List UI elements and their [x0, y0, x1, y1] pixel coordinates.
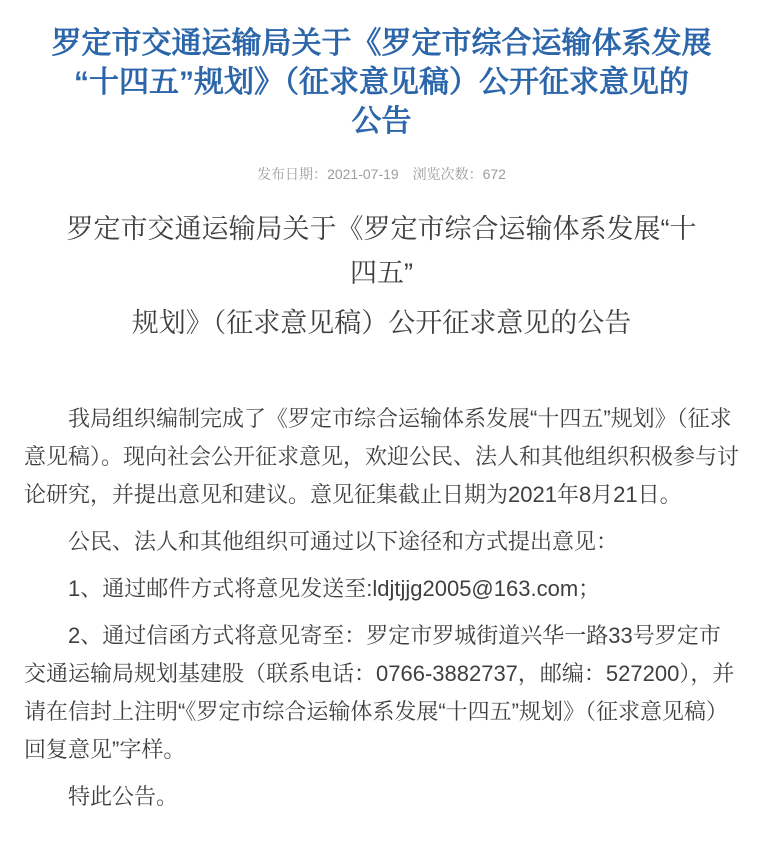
view-count-value: 672 — [483, 166, 506, 182]
body-paragraph-mail: 2、通过信函方式将意见寄至：罗定市罗城街道兴华一路33号罗定市交通运输局规划基建… — [24, 617, 739, 769]
page-title-line-2: “十四五”规划》（征求意见稿）公开征求意见的 — [24, 63, 739, 102]
body-paragraph-channels: 公民、法人和其他组织可通过以下途径和方式提出意见： — [24, 523, 739, 561]
article-subtitle-line-1: 罗定市交通运输局关于《罗定市综合运输体系发展“十 — [24, 207, 739, 251]
publish-date-value: 2021-07-19 — [327, 166, 399, 182]
closing-line: 特此公告。 — [24, 778, 739, 816]
email-paragraph-prefix: 1、通过邮件方式将意见发送至: — [68, 576, 372, 601]
article-subtitle-line-2: 四五” — [24, 251, 739, 295]
page-title: 罗定市交通运输局关于《罗定市综合运输体系发展 “十四五”规划》（征求意见稿）公开… — [24, 24, 739, 141]
body-paragraph-intro: 我局组织编制完成了《罗定市综合运输体系发展“十四五”规划》（征求意见稿）。现向社… — [24, 400, 739, 514]
email-address: ldjtjjg2005@163.com — [372, 576, 578, 601]
article-subtitle-paragraph-1: 罗定市交通运输局关于《罗定市综合运输体系发展“十 四五” — [24, 207, 739, 295]
view-count: 浏览次数：672 — [413, 166, 506, 182]
email-paragraph-suffix: ； — [578, 576, 600, 601]
page-title-line-1: 罗定市交通运输局关于《罗定市综合运输体系发展 — [24, 24, 739, 63]
view-count-label: 浏览次数： — [413, 166, 483, 182]
publish-date-label: 发布日期： — [257, 166, 327, 182]
article-subtitle-paragraph-2: 规划》（征求意见稿）公开征求意见的公告 — [24, 301, 739, 345]
body-paragraph-email: 1、通过邮件方式将意见发送至:ldjtjjg2005@163.com； — [24, 570, 739, 608]
page-title-line-3: 公告 — [24, 102, 739, 141]
publish-date: 发布日期：2021-07-19 — [257, 166, 399, 182]
article-body: 我局组织编制完成了《罗定市综合运输体系发展“十四五”规划》（征求意见稿）。现向社… — [24, 400, 739, 816]
article-subtitle: 罗定市交通运输局关于《罗定市综合运输体系发展“十 四五” 规划》（征求意见稿）公… — [24, 207, 739, 345]
announcement-page: 罗定市交通运输局关于《罗定市综合运输体系发展 “十四五”规划》（征求意见稿）公开… — [0, 0, 762, 859]
article-meta: 发布日期：2021-07-19 浏览次数：672 — [24, 164, 739, 184]
